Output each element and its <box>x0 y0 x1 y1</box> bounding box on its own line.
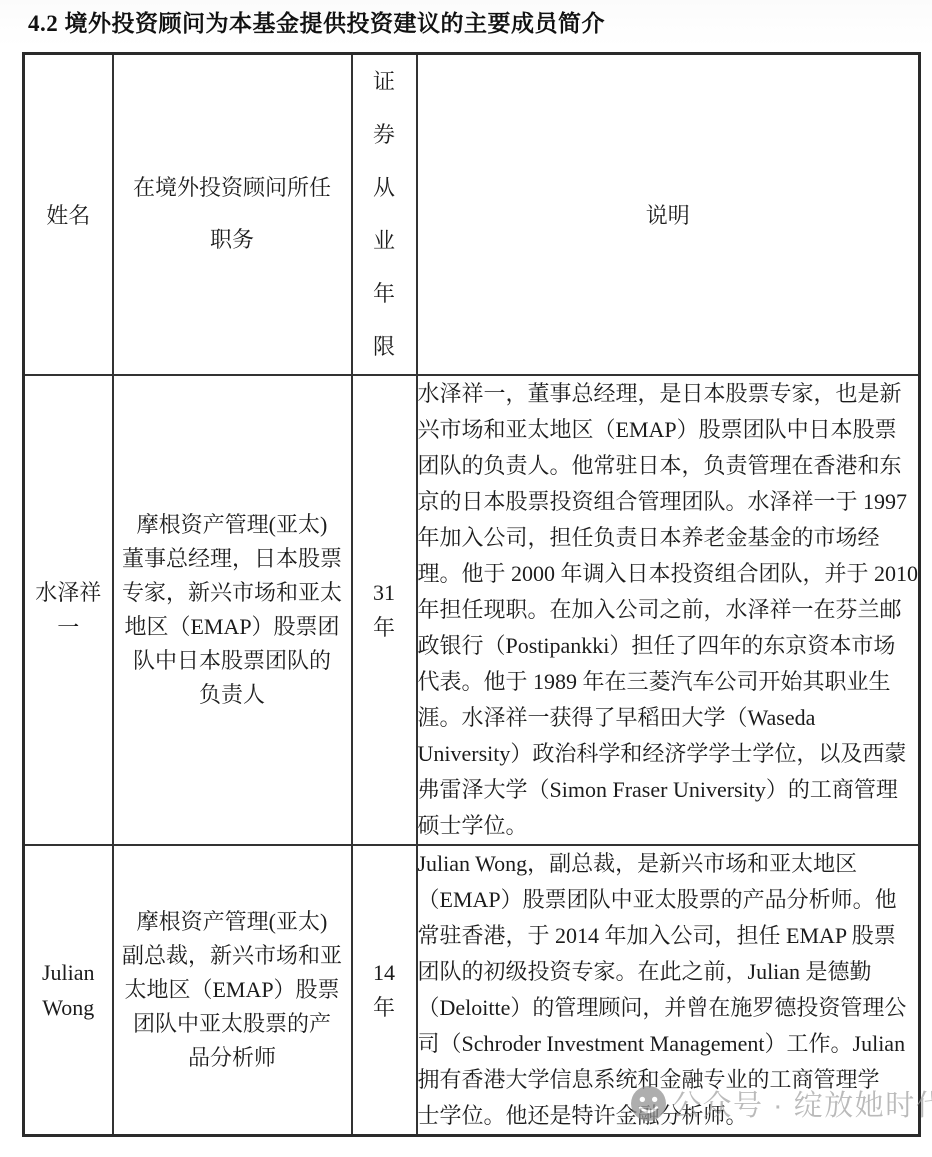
members-table: 姓名 在境外投资顾问所任职务 证券从业年限 说明 水泽祥一 摩根资产管理(亚太)… <box>22 52 921 1137</box>
table-row-julian-wong: Julian Wong 摩根资产管理(亚太)副总裁，新兴市场和亚太地区（EMAP… <box>24 845 920 1136</box>
col-header-name: 姓名 <box>24 54 113 375</box>
member-name: 水泽祥一 <box>24 375 113 845</box>
member-position: 摩根资产管理(亚太)副总裁，新兴市场和亚太地区（EMAP）股票团队中亚太股票的产… <box>113 845 352 1136</box>
member-description: 水泽祥一，董事总经理，是日本股票专家，也是新兴市场和亚太地区（EMAP）股票团队… <box>417 375 920 845</box>
document-page: 4.2 境外投资顾问为本基金提供投资建议的主要成员简介 姓名 在境外投资顾问所任… <box>0 0 932 1157</box>
page-title: 4.2 境外投资顾问为本基金提供投资建议的主要成员简介 <box>28 5 605 38</box>
table-header-row: 姓名 在境外投资顾问所任职务 证券从业年限 说明 <box>24 54 920 375</box>
member-position: 摩根资产管理(亚太)董事总经理，日本股票专家，新兴市场和亚太地区（EMAP）股票… <box>113 375 352 845</box>
member-name: Julian Wong <box>24 845 113 1136</box>
member-description: Julian Wong，副总裁，是新兴市场和亚太地区（EMAP）股票团队中亚太股… <box>417 845 920 1136</box>
member-years: 31年 <box>352 375 417 845</box>
table-row-mizusawa: 水泽祥一 摩根资产管理(亚太)董事总经理，日本股票专家，新兴市场和亚太地区（EM… <box>24 375 920 845</box>
col-header-position: 在境外投资顾问所任职务 <box>113 54 352 375</box>
col-header-years: 证券从业年限 <box>352 54 417 375</box>
member-years: 14年 <box>352 845 417 1136</box>
col-header-description: 说明 <box>417 54 920 375</box>
